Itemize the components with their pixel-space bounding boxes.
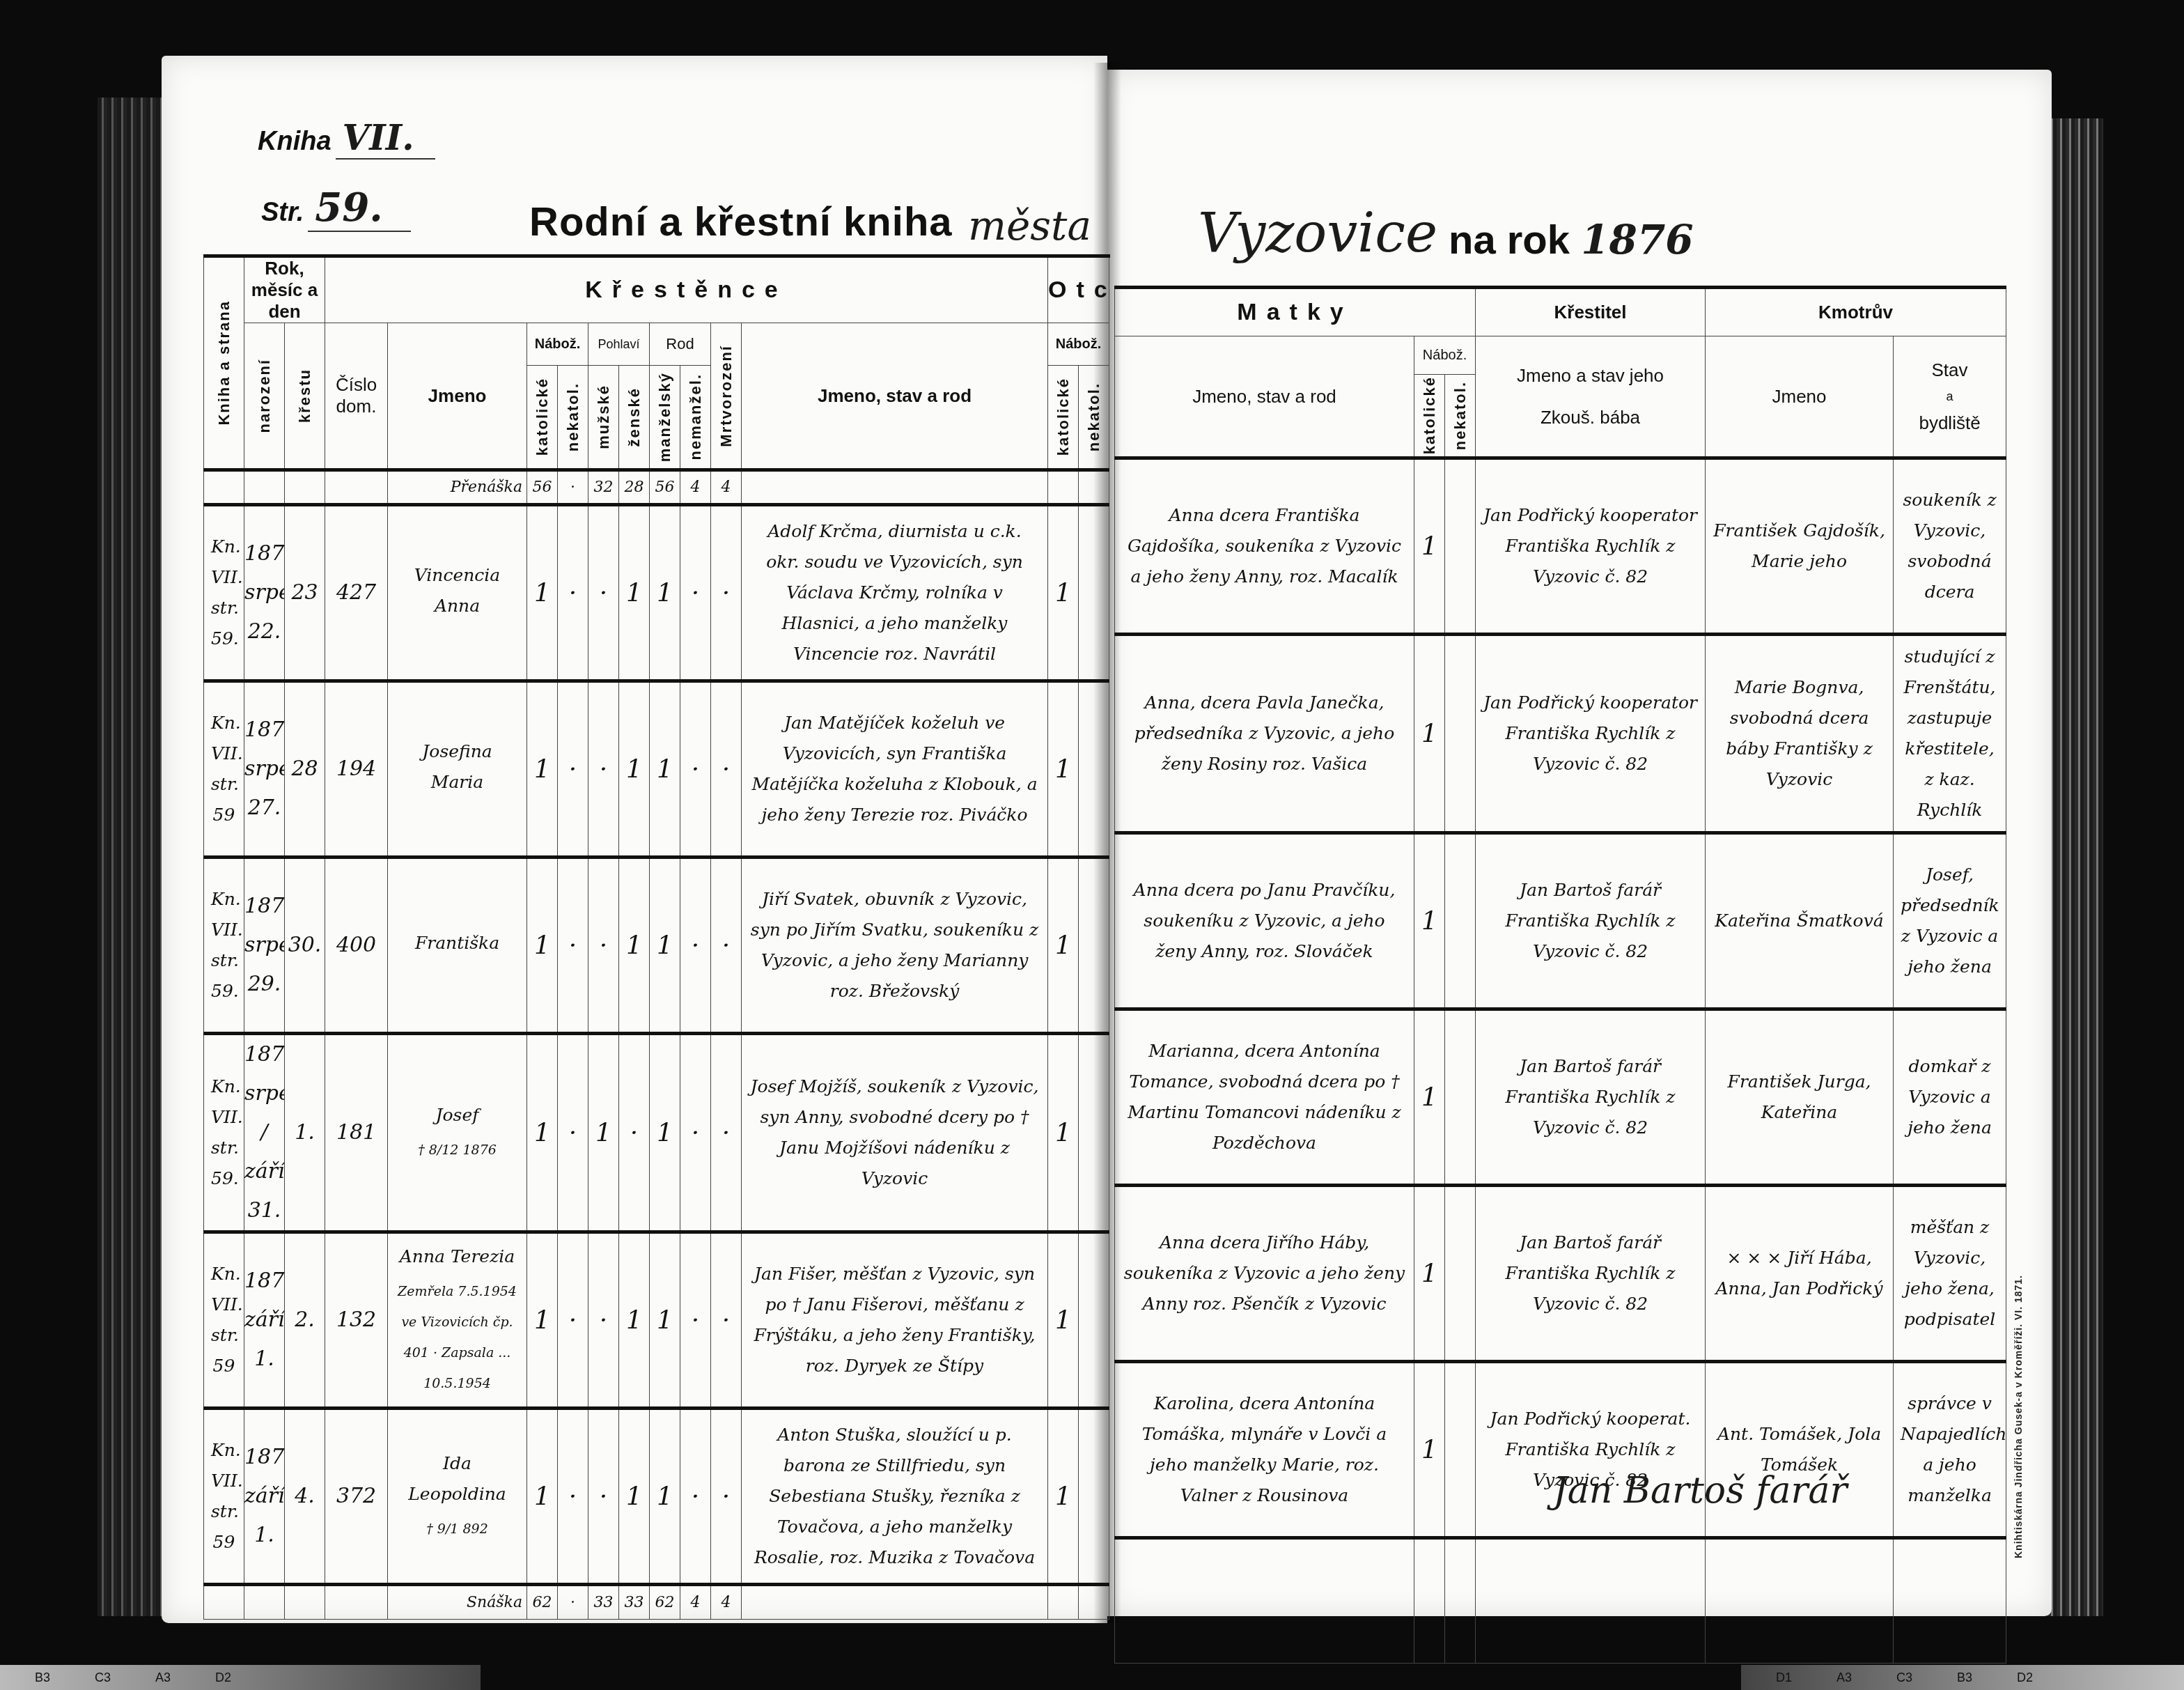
col-father-religion: Nábož. [1048, 323, 1109, 366]
town-type: města [968, 202, 1091, 249]
col-father-catholic: katolické [1048, 366, 1079, 470]
col-baptized-group: Křestěnce [325, 256, 1048, 323]
entry-birth-day: 1. [244, 1516, 284, 1555]
col-father-noncatholic: nekatol. [1079, 366, 1109, 470]
entry-baptism-date: 30. [285, 858, 325, 1034]
entry-baptism-day: 28 [285, 750, 325, 789]
empty-cell [742, 1585, 1048, 1620]
entry-mother-noncatholic [1445, 635, 1476, 833]
entry-male: · [588, 1232, 619, 1409]
entry-book-page: Kn. VII. str. 59 [204, 1409, 244, 1585]
entry-month: září [244, 1477, 284, 1516]
entry-midwife: Františka Rychlík z Vyzovic č. 82 [1483, 1082, 1698, 1143]
transfer-legit: 62 [650, 1585, 680, 1620]
entry-catholic: 1 [527, 1409, 558, 1585]
entry-legit: 1 [650, 505, 680, 681]
entry-year: 1876 [244, 1035, 284, 1074]
entry-house-no: 372 [325, 1409, 388, 1585]
entry-female: 1 [619, 505, 650, 681]
calibration-label: D1 [1776, 1670, 1792, 1685]
calibration-strip-left: B3C3A3D2 [0, 1665, 481, 1690]
entry-birth-day: 31. [244, 1191, 284, 1230]
entry-house-no: 132 [325, 1232, 388, 1409]
entry-father-catholic: 1 [1048, 681, 1079, 858]
entry-midwife: Františka Rychlík z Vyzovic č. 82 [1483, 906, 1698, 967]
entry-birth-date: 1876srpen29. [244, 858, 285, 1034]
entry-baptizer-name: Jan Bartoš farář [1483, 1051, 1698, 1082]
entry-father-catholic: 1 [1048, 1409, 1079, 1585]
entry-month: srpen / září [244, 1074, 284, 1191]
entry-catholic: 1 [527, 858, 558, 1034]
col-date-group: Rok, měsíc a den [244, 256, 325, 323]
col-mother-name: Jmeno, stav a rod [1115, 336, 1414, 458]
page-number: Str.59. [261, 185, 411, 231]
col-male: mužské [588, 366, 619, 470]
entry-godparent-status: domkař z Vyzovic a jeho žena [1894, 1009, 2006, 1186]
col-female: ženské [619, 366, 650, 470]
entry-child-name: Josefina Maria [388, 681, 527, 858]
entry-legit: 1 [650, 1034, 680, 1232]
page-value: 59. [308, 185, 410, 232]
entry-godparent-status: soukeník z Vyzovic, svobodná dcera [1894, 458, 2006, 635]
entry-year: 1876 [244, 534, 284, 573]
entry-legit: 1 [650, 1409, 680, 1585]
empty-cell [325, 1585, 388, 1620]
entry-noncatholic: · [558, 681, 588, 858]
entry-house-no: 194 [325, 681, 388, 858]
register-title: Rodní a křestní kniha [529, 199, 953, 245]
entry-baptism-day: 23 [285, 573, 325, 612]
entry-book-page: Kn. VII. str. 59. [204, 505, 244, 681]
entry-baptizer: Jan Podřický kooperatorFrantiška Rychlík… [1476, 458, 1706, 635]
table-row: Kn. VII. str. 591876září1.4.372Ida Leopo… [204, 1409, 1109, 1585]
entry-godparent-status: měšťan z Vyzovic, jeho žena, podpisatel [1894, 1186, 2006, 1362]
table-row: Anna, dcera Pavla Janečka, předsedníka z… [1115, 635, 2006, 833]
entry-baptizer-name: Jan Bartoš farář [1483, 1227, 1698, 1258]
calibration-label: B3 [1957, 1670, 1972, 1685]
transfer-male: 33 [588, 1585, 619, 1620]
entry-year: 1876 [244, 887, 284, 926]
entry-child-name: Vincencia Anna [388, 505, 527, 681]
calibration-label: C3 [1896, 1670, 1912, 1685]
entry-godparent: × × × Jiří Hába, Anna, Jan Podřický [1706, 1186, 1894, 1362]
carryover-legit: 56 [650, 470, 680, 505]
book-number: KnihaVII. [258, 117, 435, 158]
entry-godparent: Marie Bognva, svobodná dcera báby Franti… [1706, 635, 1894, 833]
entry-father: Adolf Krčma, diurnista u c.k. okr. soudu… [742, 505, 1048, 681]
table-row: Marianna, dcera Antonína Tomance, svobod… [1115, 1009, 2006, 1186]
entry-baptism-date: 28 [285, 681, 325, 858]
transfer-illegit: 4 [680, 1585, 711, 1620]
entry-birth-date: 1876srpen27. [244, 681, 285, 858]
col-father-group: Otce [1048, 256, 1109, 323]
entry-house-no: 400 [325, 858, 388, 1034]
entry-father-noncatholic [1079, 681, 1109, 858]
entry-father-noncatholic [1079, 505, 1109, 681]
col-mother-group: Matky [1115, 288, 1476, 336]
entry-illegit: · [680, 1409, 711, 1585]
table-row: Anna dcera po Janu Pravčíku, soukeníku z… [1115, 833, 2006, 1009]
entry-year: 1876 [244, 711, 284, 750]
col-godparents-group: Kmotrův [1706, 288, 2006, 336]
entry-illegit: · [680, 1034, 711, 1232]
entry-father: Jan Matějíček koželuh ve Vyzovicích, syn… [742, 681, 1048, 858]
entry-baptism-day: 30. [285, 926, 325, 965]
empty-cell [204, 1585, 244, 1620]
empty-cell [1414, 1538, 1445, 1664]
entry-baptism-day: 2. [285, 1301, 325, 1340]
entry-mother-noncatholic [1445, 1186, 1476, 1362]
empty-cell [244, 1585, 285, 1620]
entry-house-no: 427 [325, 505, 388, 681]
left-entries: Přenáška 56 · 32 28 56 4 4 Kn. VII. str.… [204, 470, 1109, 1620]
entry-mother: Anna, dcera Pavla Janečka, předsedníka z… [1115, 635, 1414, 833]
carryover-female: 28 [619, 470, 650, 505]
entry-male: · [588, 681, 619, 858]
entry-female: 1 [619, 1409, 650, 1585]
entry-father-noncatholic [1079, 1034, 1109, 1232]
transfer-label: Snáška [388, 1585, 527, 1620]
entry-mother-noncatholic [1445, 458, 1476, 635]
col-baptizer-group: Křestitel [1476, 288, 1706, 336]
entry-child-name: Františka [388, 858, 527, 1034]
entry-female: 1 [619, 1232, 650, 1409]
entry-year: 1876 [244, 1262, 284, 1301]
entry-month: srpen [244, 750, 284, 789]
entry-baptizer-name: Jan Podřický kooperator [1483, 688, 1698, 718]
empty-cell [285, 1585, 325, 1620]
entry-baptizer-name: Jan Bartoš farář [1483, 875, 1698, 906]
empty-cell [1894, 1538, 2006, 1664]
entry-female: 1 [619, 858, 650, 1034]
printer-imprint: Knihtiskárna Jindřicha Gusek-a v Kroměří… [2013, 1275, 2024, 1558]
col-godparent-status: Stav a bydliště [1894, 336, 2006, 458]
entry-legit: 1 [650, 858, 680, 1034]
book-edge-right [2047, 118, 2103, 1616]
entry-name: Vincencia Anna [395, 560, 520, 621]
entry-mother: Anna dcera Františka Gajdošíka, soukeník… [1115, 458, 1414, 635]
table-row: Kn. VII. str. 59.1876srpen22.23427Vincen… [204, 505, 1109, 681]
entry-godparent: Kateřina Šmatková [1706, 833, 1894, 1009]
col-godparent-name: Jmeno [1706, 336, 1894, 458]
entry-month: srpen [244, 573, 284, 612]
transfer-noncatholic: · [558, 1585, 588, 1620]
entry-noncatholic: · [558, 505, 588, 681]
calibration-label: A3 [1836, 1670, 1852, 1685]
entry-father: Jan Fišer, měšťan z Vyzovic, syn po † Ja… [742, 1232, 1048, 1409]
transfer-stillborn: 4 [711, 1585, 742, 1620]
entry-female: 1 [619, 681, 650, 858]
entry-stillborn: · [711, 681, 742, 858]
signature-row [1115, 1538, 2006, 1664]
col-name: Jmeno [388, 323, 527, 470]
entry-catholic: 1 [527, 1034, 558, 1232]
carryover-illegit: 4 [680, 470, 711, 505]
table-row: Kn. VII. str. 59.1876srpen / září31.1.18… [204, 1034, 1109, 1232]
entry-name: Anna Terezia [395, 1241, 520, 1272]
entry-book-page: Kn. VII. str. 59. [204, 1034, 244, 1232]
entry-mother: Anna dcera po Janu Pravčíku, soukeníku z… [1115, 833, 1414, 1009]
register-year: na rok 1876 [1449, 216, 1694, 263]
entry-midwife: Františka Rychlík z Vyzovic č. 82 [1483, 531, 1698, 592]
empty-cell [1706, 1538, 1894, 1664]
entry-father-noncatholic [1079, 858, 1109, 1034]
year-label: na rok [1449, 217, 1570, 263]
entry-baptizer: Jan Bartoš farářFrantiška Rychlík z Vyzo… [1476, 1186, 1706, 1362]
year-value: 1876 [1581, 216, 1693, 263]
entry-birth-day: 1. [244, 1340, 284, 1379]
entry-father-catholic: 1 [1048, 858, 1079, 1034]
entry-male: · [588, 858, 619, 1034]
entry-name: Ida Leopoldina [395, 1448, 520, 1510]
entry-birth-date: 1876září1. [244, 1409, 285, 1585]
entry-catholic: 1 [527, 1232, 558, 1409]
carryover-row: Přenáška 56 · 32 28 56 4 4 [204, 470, 1109, 505]
entry-noncatholic: · [558, 1409, 588, 1585]
entry-father: Anton Stuška, sloužící u p. barona ze St… [742, 1409, 1048, 1585]
entry-book-page: Kn. VII. str. 59. [204, 858, 244, 1034]
entry-mother: Anna dcera Jiřího Háby, soukeníka z Vyzo… [1115, 1186, 1414, 1362]
entry-mother: Marianna, dcera Antonína Tomance, svobod… [1115, 1009, 1414, 1186]
entry-child-name: Josef† 8/12 1876 [388, 1034, 527, 1232]
entry-illegit: · [680, 681, 711, 858]
table-row: Anna dcera Jiřího Háby, soukeníka z Vyzo… [1115, 1186, 2006, 1362]
entry-father: Jiří Svatek, obuvník z Vyzovic, syn po J… [742, 858, 1048, 1034]
entry-godparent-status: správce v Napajedlích a jeho manželka [1894, 1362, 2006, 1538]
entry-catholic: 1 [527, 505, 558, 681]
col-illegit: nemanžel. [680, 366, 711, 470]
col-mother-noncatholic: nekatol. [1445, 375, 1476, 458]
page-label: Str. [261, 198, 304, 227]
carryover-noncatholic: · [558, 470, 588, 505]
entry-father-noncatholic [1079, 1409, 1109, 1585]
col-baptizer-name: Jmeno a stav jehoZkouš. bába [1476, 336, 1706, 458]
entry-male: · [588, 1409, 619, 1585]
empty-cell [1115, 1538, 1414, 1664]
entry-note: † 8/12 1876 [395, 1135, 520, 1165]
calibration-label: A3 [155, 1670, 171, 1685]
entry-house-no: 181 [325, 1034, 388, 1232]
calibration-label: D2 [215, 1670, 231, 1685]
col-legit: manželský [650, 366, 680, 470]
col-religion-group: Nábož. [527, 323, 588, 366]
entry-stillborn: · [711, 858, 742, 1034]
entry-noncatholic: · [558, 1232, 588, 1409]
entry-stillborn: · [711, 1409, 742, 1585]
col-birth: narození [244, 323, 285, 470]
entry-catholic: 1 [527, 681, 558, 858]
table-row: Kn. VII. str. 591876září1.2.132Anna Tere… [204, 1232, 1109, 1409]
col-book-page: Kniha a strana [204, 256, 244, 470]
entry-godparent-status: studující z Frenštátu, zastupuje křestit… [1894, 635, 2006, 833]
entry-stillborn: · [711, 1232, 742, 1409]
entry-child-name: Anna TereziaZemřela 7.5.1954 ve Vizovicí… [388, 1232, 527, 1409]
entry-baptism-date: 2. [285, 1232, 325, 1409]
entry-birth-day: 27. [244, 789, 284, 828]
entry-father-catholic: 1 [1048, 1034, 1079, 1232]
baptism-register-left: Kniha a strana Rok, měsíc a den Křestěnc… [203, 254, 1109, 1620]
entry-name: Josef [395, 1100, 520, 1131]
entry-baptism-date: 23 [285, 505, 325, 681]
entry-mother-noncatholic [1445, 833, 1476, 1009]
entry-baptism-day: 1. [285, 1113, 325, 1152]
entry-mother-catholic: 1 [1414, 1362, 1445, 1538]
entry-mother-noncatholic [1445, 1362, 1476, 1538]
col-sex-group: Pohlaví [588, 323, 650, 366]
entry-legit: 1 [650, 681, 680, 858]
entry-father-catholic: 1 [1048, 1232, 1079, 1409]
entry-mother-catholic: 1 [1414, 833, 1445, 1009]
table-row: Kn. VII. str. 591876srpen27.28194Josefin… [204, 681, 1109, 858]
carryover-label: Přenáška [388, 470, 527, 505]
transfer-female: 33 [619, 1585, 650, 1620]
entry-name: Františka [395, 928, 520, 959]
transfer-row: Snáška62·33336244 [204, 1585, 1109, 1620]
entry-stillborn: · [711, 505, 742, 681]
entry-father-catholic: 1 [1048, 505, 1079, 681]
book-edge-left [97, 98, 167, 1616]
entry-noncatholic: · [558, 1034, 588, 1232]
col-mother-religion: Nábož. [1414, 336, 1476, 375]
entry-birth-day: 22. [244, 612, 284, 651]
col-house-no: Číslo dom. [325, 323, 388, 470]
book-value: VII. [336, 117, 435, 160]
entry-father: Josef Mojžíš, soukeník z Vyzovic, syn An… [742, 1034, 1048, 1232]
entry-birth-date: 1876srpen22. [244, 505, 285, 681]
col-baptism: křestu [285, 323, 325, 470]
entry-illegit: · [680, 858, 711, 1034]
calibration-label: D2 [2017, 1670, 2033, 1685]
entry-illegit: · [680, 505, 711, 681]
entry-note: Zemřela 7.5.1954 ve Vizovicích čp. 401 ·… [395, 1276, 520, 1399]
entry-godparent: František Gajdošík, Marie jeho [1706, 458, 1894, 635]
col-mother-catholic: katolické [1414, 375, 1445, 458]
col-father-name: Jmeno, stav a rod [742, 323, 1048, 470]
table-row: Kn. VII. str. 59.1876srpen29.30.400Frant… [204, 858, 1109, 1034]
entry-legit: 1 [650, 1232, 680, 1409]
entry-year: 1876 [244, 1438, 284, 1477]
entry-child-name: Ida Leopoldina† 9/1 892 [388, 1409, 527, 1585]
entry-note: † 9/1 892 [395, 1514, 520, 1544]
transfer-catholic: 62 [527, 1585, 558, 1620]
entry-mother-catholic: 1 [1414, 1186, 1445, 1362]
priest-signature: Jan Bartoš farář [1553, 1470, 1847, 1512]
entry-mother-catholic: 1 [1414, 635, 1445, 833]
entry-mother-catholic: 1 [1414, 1009, 1445, 1186]
col-catholic: katolické [527, 366, 558, 470]
col-noncatholic: nekatol. [558, 366, 588, 470]
entry-mother-noncatholic [1445, 1009, 1476, 1186]
entry-birth-day: 29. [244, 965, 284, 1004]
entry-book-page: Kn. VII. str. 59 [204, 681, 244, 858]
entry-godparent: František Jurga, Kateřina [1706, 1009, 1894, 1186]
book-label: Kniha [258, 127, 331, 156]
entry-month: srpen [244, 926, 284, 965]
entry-baptizer: Jan Bartoš farářFrantiška Rychlík z Vyzo… [1476, 1009, 1706, 1186]
col-stillborn: Mrtvorození [711, 323, 742, 470]
entry-father-noncatholic [1079, 1232, 1109, 1409]
entry-baptism-date: 4. [285, 1409, 325, 1585]
table-row: Anna dcera Františka Gajdošíka, soukeník… [1115, 458, 2006, 635]
entry-baptism-day: 4. [285, 1477, 325, 1516]
entry-mother: Karolina, dcera Antonína Tomáška, mlynář… [1115, 1362, 1414, 1538]
empty-cell [1445, 1538, 1476, 1664]
entry-stillborn: · [711, 1034, 742, 1232]
entry-baptizer-name: Jan Podřický kooperator [1483, 500, 1698, 531]
empty-cell [1476, 1538, 1706, 1664]
baptism-register-right: Matky Křestitel Kmotrův Jmeno, stav a ro… [1114, 286, 2006, 1664]
entry-month: září [244, 1301, 284, 1340]
entry-midwife: Františka Rychlík z Vyzovic č. 82 [1483, 1258, 1698, 1319]
calibration-label: C3 [95, 1670, 111, 1685]
empty-cell [1048, 1585, 1079, 1620]
calibration-strip-right: D1A3C3B3D2 [1741, 1665, 2184, 1690]
entry-book-page: Kn. VII. str. 59 [204, 1232, 244, 1409]
entry-baptizer: Jan Podřický kooperatorFrantiška Rychlík… [1476, 635, 1706, 833]
entry-godparent-status: Josef, předsedník z Vyzovic a jeho žena [1894, 833, 2006, 1009]
entry-illegit: · [680, 1232, 711, 1409]
entry-male: · [588, 505, 619, 681]
entry-noncatholic: · [558, 858, 588, 1034]
entry-birth-date: 1876srpen / září31. [244, 1034, 285, 1232]
town-name: Vyzovice [1198, 202, 1437, 265]
entry-male: 1 [588, 1034, 619, 1232]
empty-cell [1079, 1585, 1109, 1620]
entry-baptizer-name: Jan Podřický kooperat. [1483, 1404, 1698, 1434]
carryover-stillborn: 4 [711, 470, 742, 505]
entry-mother-catholic: 1 [1414, 458, 1445, 635]
entry-baptizer: Jan Bartoš farářFrantiška Rychlík z Vyzo… [1476, 833, 1706, 1009]
carryover-catholic: 56 [527, 470, 558, 505]
entry-female: · [619, 1034, 650, 1232]
entry-midwife: Františka Rychlík z Vyzovic č. 82 [1483, 718, 1698, 780]
calibration-label: B3 [35, 1670, 50, 1685]
entry-baptism-date: 1. [285, 1034, 325, 1232]
entry-name: Josefina Maria [395, 736, 520, 798]
entry-birth-date: 1876září1. [244, 1232, 285, 1409]
col-lineage-group: Rod [650, 323, 711, 366]
carryover-male: 32 [588, 470, 619, 505]
